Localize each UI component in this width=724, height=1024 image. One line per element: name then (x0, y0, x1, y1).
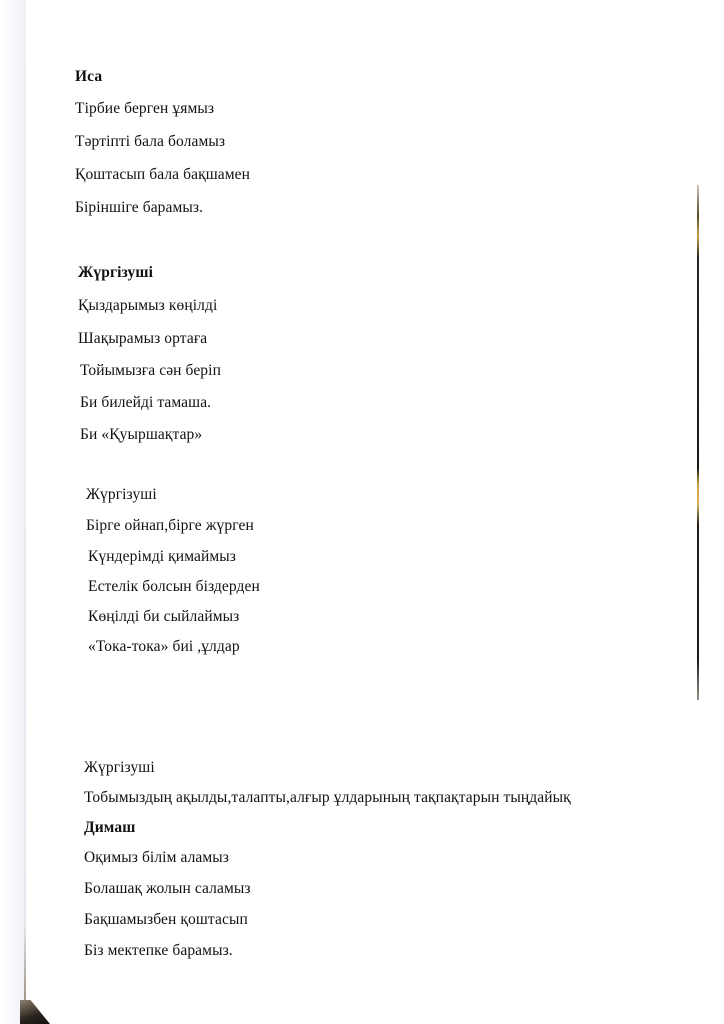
verse-line: Бақшамызбен қоштасып (84, 911, 248, 929)
verse-line: «Тока-тока» биі ,ұлдар (88, 638, 240, 656)
verse-line: Біз мектепке барамыз. (84, 942, 233, 960)
verse-line: Би билейді тамаша. (80, 394, 211, 412)
verse-line: Шақырамыз ортаға (78, 330, 207, 348)
verse-line: Би «Қуыршақтар» (80, 426, 202, 444)
speaker-heading: Иса (75, 68, 102, 86)
verse-line: Болашақ жолын саламыз (84, 880, 251, 898)
announcement-line: Тобымыздың ақылды,талапты,алғыр ұлдарыны… (84, 789, 571, 807)
verse-line: Біріншіге барамыз. (75, 199, 203, 217)
verse-line: Күндерімді қимаймыз (88, 548, 236, 566)
verse-line: Естелік болсын біздерден (88, 578, 260, 596)
page-left-edge-shadow (0, 0, 26, 1024)
verse-line: Оқимыз білім аламыз (84, 849, 229, 867)
binding-edge (697, 185, 699, 700)
speaker-heading: Жүргізуші (86, 486, 157, 504)
page-left-edge-line (24, 0, 26, 1024)
verse-line: Тойымызға сән беріп (80, 362, 221, 380)
verse-line: Тәртіпті бала боламыз (75, 133, 225, 151)
speaker-heading: Жүргізуші (84, 759, 155, 777)
verse-line: Қыздарымыз көңілді (78, 297, 217, 315)
page-corner-shadow (20, 1000, 50, 1024)
verse-line: Қоштасып бала бақшамен (75, 166, 250, 184)
speaker-heading: Жүргізуші (78, 264, 153, 282)
verse-line: Көңілді би сыйлаймыз (88, 608, 239, 626)
verse-line: Бірге ойнап,бірге жүрген (86, 517, 254, 535)
speaker-heading: Димаш (84, 819, 135, 837)
verse-line: Тірбие берген ұямыз (75, 100, 214, 118)
